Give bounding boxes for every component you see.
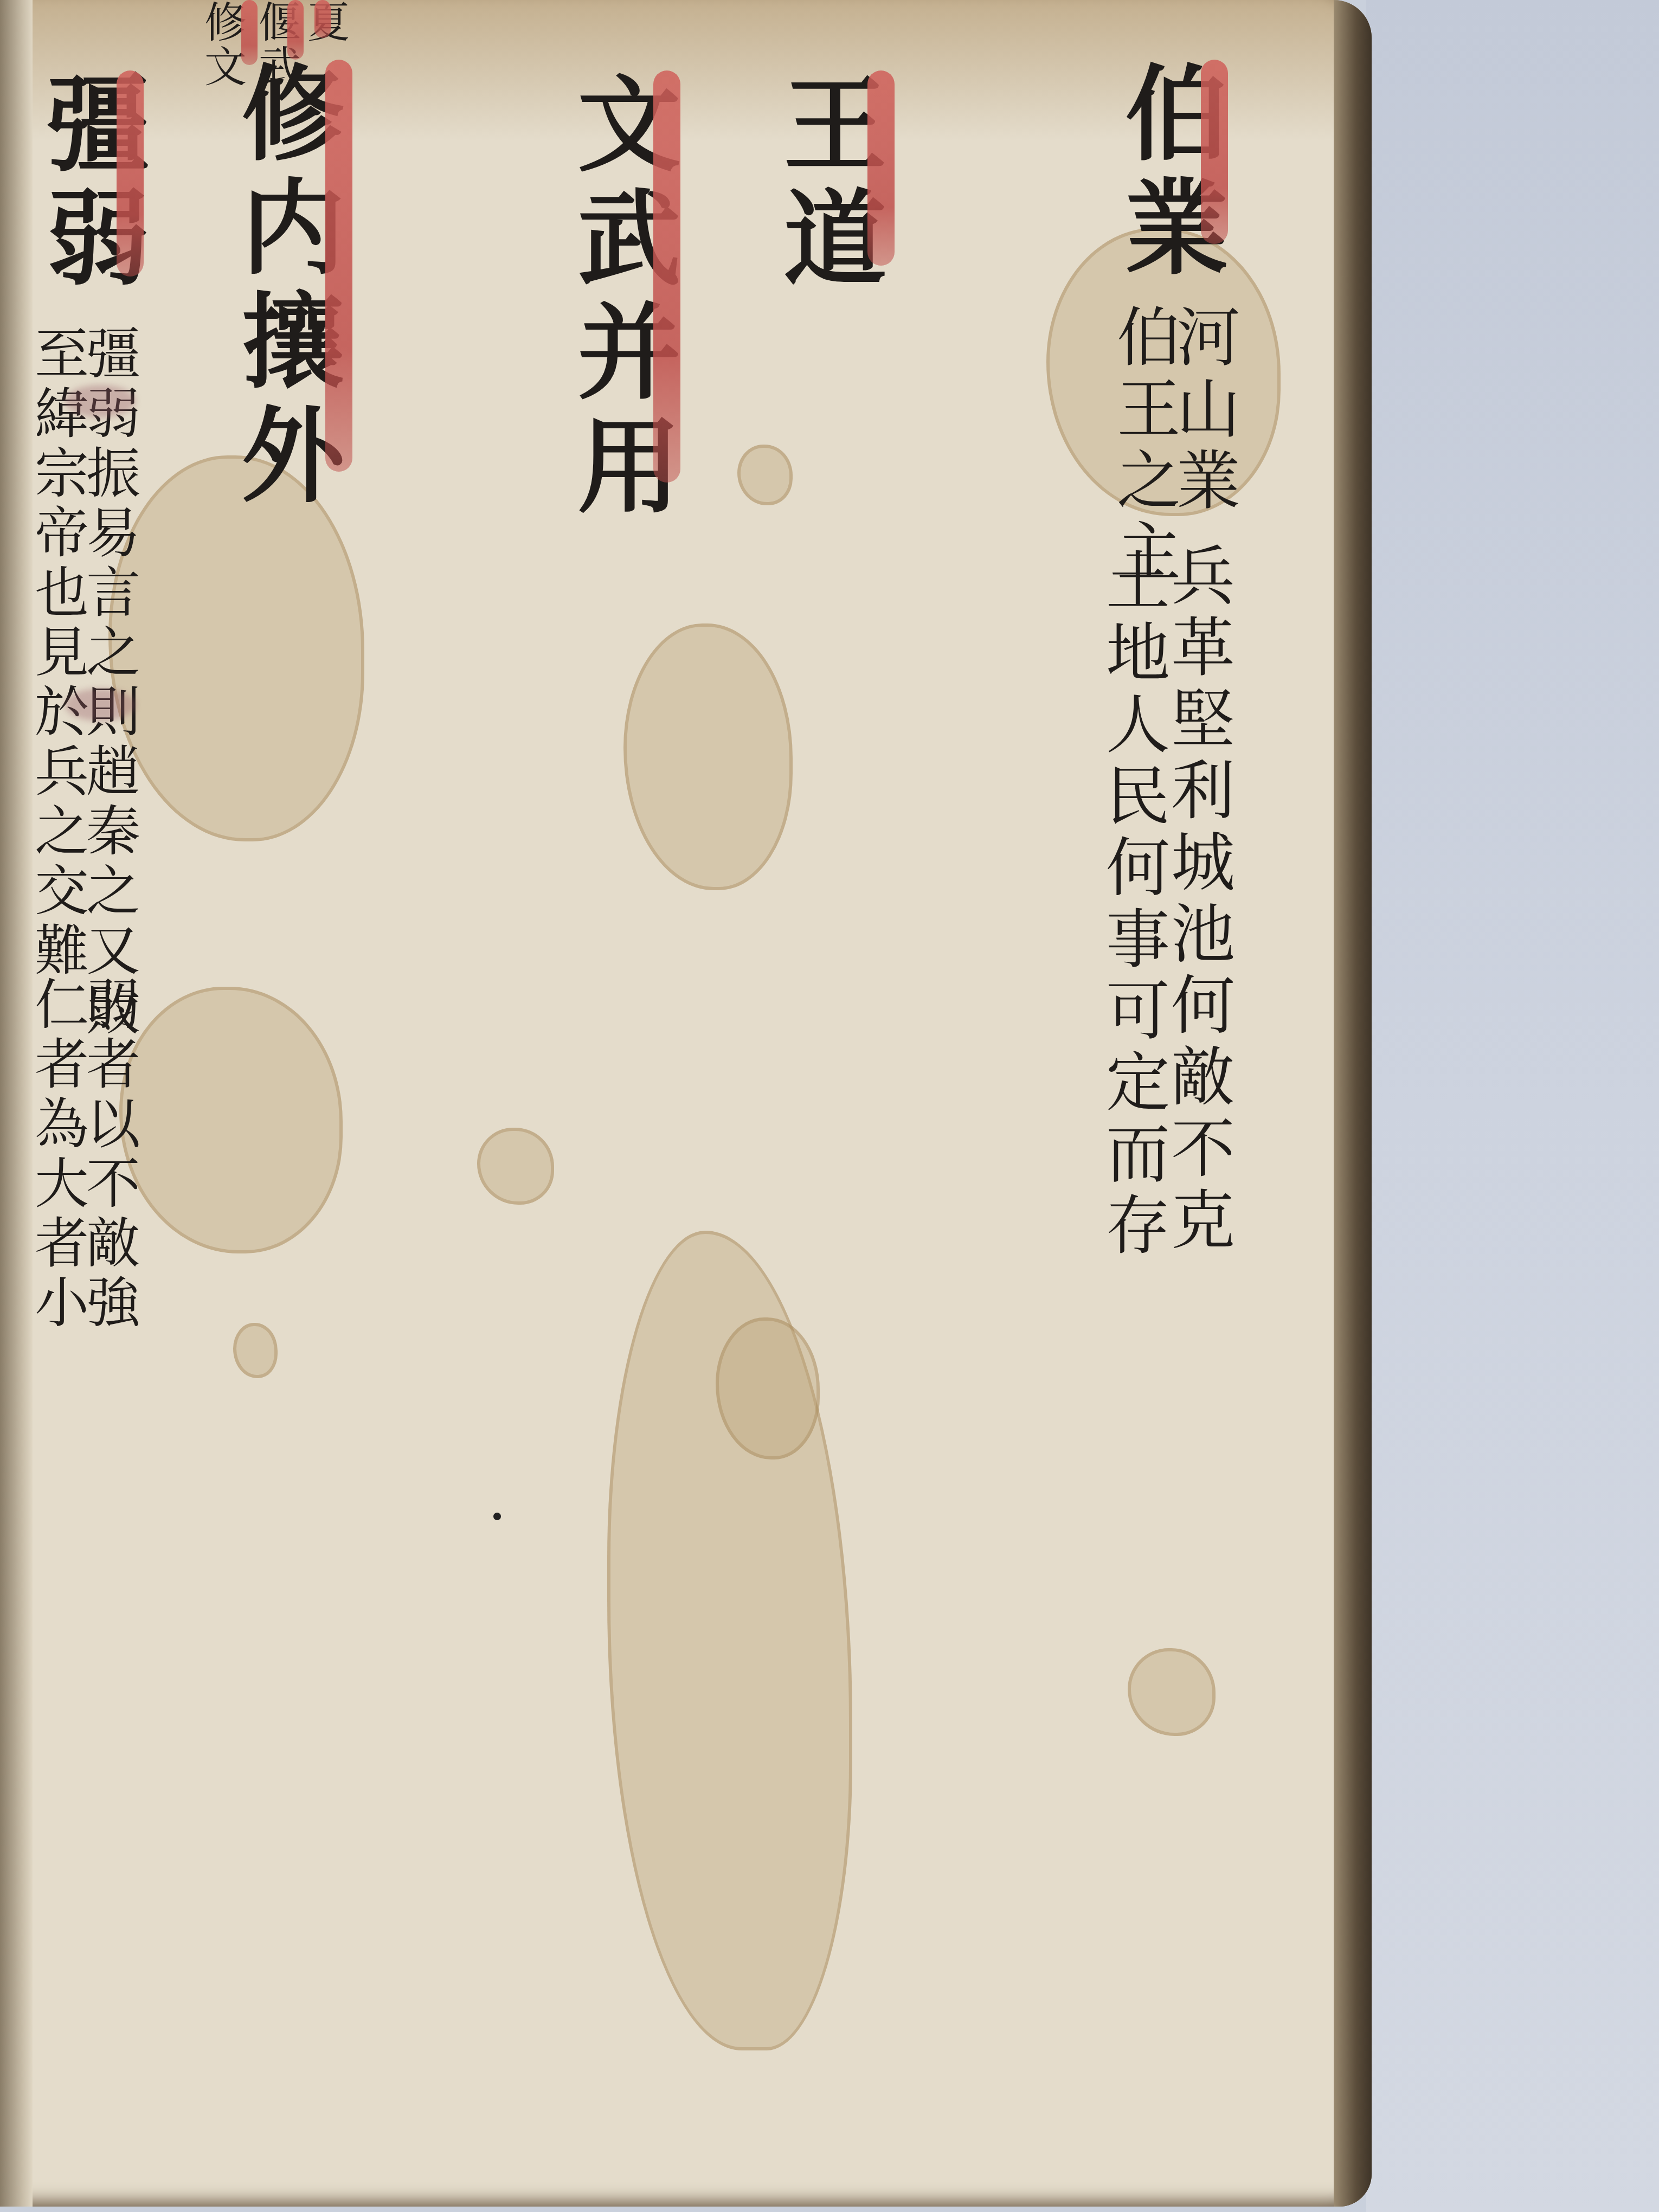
background-surface [1366, 0, 1659, 2212]
red-punctuation-mark [241, 0, 258, 65]
commentary-line: 仁者為大者小 [30, 976, 84, 1334]
manuscript-page: 修文 偃武 夏 伯業 河山業 伯王之主 兵革堅利城池何敵不克 土地人民何事可定而… [0, 0, 1372, 2207]
commentary-line: 兵革堅利城池何敵不克 [1166, 542, 1230, 1258]
commentary-line: 至緯宗帝也見於兵之交難 [30, 325, 84, 981]
red-punctuation-mark [653, 70, 680, 483]
ink-dot [493, 1513, 501, 1520]
water-stain [233, 1323, 278, 1378]
red-punctuation-mark [314, 0, 331, 38]
red-punctuation-mark [1201, 60, 1228, 244]
red-punctuation-mark [287, 0, 304, 60]
commentary-line: 彊弱振易言之則趙秦之又敗 [81, 325, 136, 1041]
water-stain [119, 987, 343, 1253]
red-smudge [65, 385, 136, 417]
red-punctuation-mark [325, 60, 352, 472]
water-stain [1128, 1648, 1216, 1736]
water-stain [477, 1128, 554, 1205]
red-smudge [65, 689, 136, 721]
page-edge [1334, 0, 1372, 2207]
water-stain [737, 445, 793, 505]
water-stain [623, 623, 793, 890]
section-heading: 王道 [775, 70, 878, 298]
commentary-line: 土地人民何事可定而存 [1101, 548, 1165, 1263]
section-heading: 修内攘外 [233, 60, 336, 515]
commentary-line: 弱者以不敵強 [81, 976, 136, 1334]
red-punctuation-mark [117, 70, 144, 276]
red-punctuation-mark [867, 70, 895, 266]
